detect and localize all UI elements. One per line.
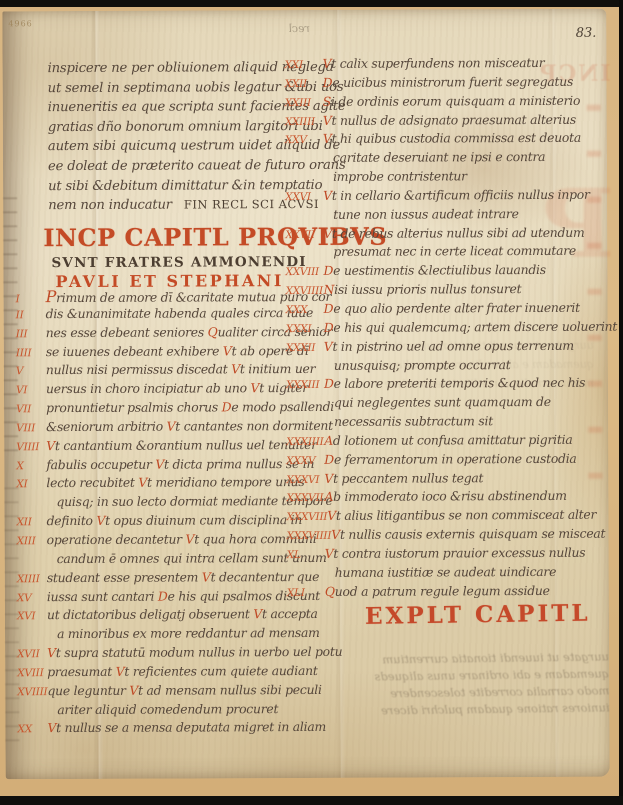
chapter-numeral: XIIII bbox=[17, 571, 47, 585]
chapter-numeral: XLI bbox=[287, 585, 325, 599]
chapter-row: XIIIoperatione decantetur Vt qua hora co… bbox=[17, 531, 319, 551]
chapter-numeral: XXV bbox=[285, 132, 323, 146]
chapter-text: Nisi iussu prioris nullus tonsuret bbox=[324, 281, 522, 297]
chapter-row: XIIIIstudeant esse presentem Vt decanten… bbox=[17, 569, 319, 589]
chapter-row: XVIIIpraesumat Vt reficientes cum quiete… bbox=[17, 663, 319, 683]
scan-border-right bbox=[619, 0, 623, 805]
chapter-numeral: III bbox=[16, 326, 46, 340]
chapter-row: XVIIIIque leguntur Vt ad mensam nullus s… bbox=[17, 682, 319, 702]
chapter-numeral bbox=[286, 367, 324, 369]
chapter-numeral bbox=[287, 575, 325, 577]
chapter-numeral: XXX bbox=[286, 302, 324, 316]
chapter-numeral: XXVIII bbox=[285, 264, 323, 278]
intro-line: gratias dño bonorum omnium largitori ubi bbox=[48, 119, 320, 140]
chapter-numeral: XVIIII bbox=[17, 684, 47, 698]
chapter-numeral: VII bbox=[16, 401, 46, 415]
chapter-text: praesumat Vt reficientes cum quiete audi… bbox=[47, 663, 317, 679]
chapter-text: Vt cantantium &orantium nullus uel tenui… bbox=[46, 437, 317, 453]
chapter-row: improbe contristentur bbox=[285, 168, 615, 188]
chapter-numeral: VI bbox=[16, 382, 46, 396]
chapter-numeral: VIII bbox=[16, 420, 46, 434]
incipit-subheading: SVNT FRATRES AMMONENDI bbox=[51, 254, 306, 271]
chapter-row: XXXIIIDe labore preteriti temporis &quod… bbox=[286, 375, 616, 395]
chapter-text: Vt nullis causis externis quisquam se mi… bbox=[331, 526, 605, 542]
chapter-numeral: I bbox=[16, 291, 46, 305]
chapter-numeral: XVI bbox=[17, 608, 47, 622]
chapter-numeral bbox=[17, 561, 47, 563]
chapter-numeral bbox=[285, 254, 323, 256]
chapter-text: De ferramentorum in operatione custodia bbox=[324, 451, 576, 467]
chapter-row: XIlecto recubitet Vt meridiano tempore u… bbox=[16, 474, 318, 494]
chapter-numeral bbox=[17, 636, 47, 638]
chapter-text: tune non iussus audeat intrare bbox=[323, 206, 519, 222]
intro-line: ut semel in septimana uobis legatur &ubi… bbox=[48, 80, 320, 101]
chapter-text: caritate deseruiant ne ipsi e contra bbox=[323, 149, 545, 165]
chapter-row: XXXVIIIIVt nullis causis externis quisqu… bbox=[287, 526, 617, 546]
chapter-numeral: V bbox=[16, 364, 46, 378]
chapter-text: De his qui qualemcumq; artem discere uol… bbox=[324, 318, 617, 334]
chapter-row: IPrimum de amore dī &caritate mutua puro… bbox=[16, 286, 318, 306]
chapter-numeral bbox=[16, 504, 46, 506]
chapter-text: Vt contra iustorum prauior excessus null… bbox=[325, 545, 586, 561]
chapter-numeral: XX bbox=[17, 722, 47, 736]
intro-paragraph: inspicere ne per obliuionem aliquid negl… bbox=[48, 60, 321, 218]
chapter-numeral: XXVIIII bbox=[286, 283, 324, 297]
chapter-text: Vt nullus se a mensa deputata migret in … bbox=[47, 719, 326, 735]
scan-border-bottom bbox=[0, 796, 623, 805]
chapter-text: definito Vt opus diuinum cum disciplina … bbox=[47, 512, 303, 528]
chapter-numeral: XXXII bbox=[286, 340, 324, 354]
chapter-numeral: XXXV bbox=[286, 453, 324, 467]
chapter-text: unusquisq; prompte occurrat bbox=[324, 357, 511, 373]
chapter-row: presumat nec in certe liceat commutare bbox=[285, 243, 615, 263]
chapter-text: studeant esse presentem Vt decantentur q… bbox=[47, 569, 319, 585]
chapter-text: Vt nullus de adsignato praesumat alteriu… bbox=[323, 111, 576, 127]
chapter-numeral: XXXVII bbox=[286, 490, 324, 504]
chapter-numeral: XL bbox=[287, 547, 325, 561]
chapter-numeral: II bbox=[16, 307, 46, 321]
intro-line: nem non inducaturFIN RECL SCI ACVSI bbox=[48, 197, 320, 218]
chapter-text: Vt de rebus alterius nullus sibi ad uten… bbox=[323, 224, 584, 240]
chapter-text: Vt supra statutū modum nullus in uerbo u… bbox=[47, 644, 342, 660]
chapter-text: necessariis subtractum sit bbox=[324, 413, 493, 429]
chapter-row: XXXVIIAb immoderato ioco &risu abstinend… bbox=[286, 488, 616, 508]
chapter-row: XXXIDe his qui qualemcumq; artem discere… bbox=[286, 318, 616, 338]
chapter-numeral bbox=[285, 217, 323, 219]
chapter-row: XXVt nullus se a mensa deputata migret i… bbox=[17, 719, 319, 739]
chapter-text: iussa sunt cantari De his qui psalmos di… bbox=[47, 587, 320, 603]
chapter-text: Ab immoderato ioco &risu abstinendum bbox=[324, 488, 566, 504]
chapter-numeral: XXI bbox=[285, 57, 323, 71]
chapter-text: Vt peccantem nullus tegat bbox=[324, 470, 483, 486]
chapter-text: Si de ordinis eorum quisquam a ministeri… bbox=[323, 92, 581, 108]
chapter-numeral: XXVI bbox=[285, 189, 323, 203]
chapter-row: XXIIIIVt nullus de adsignato praesumat a… bbox=[285, 111, 615, 131]
chapter-row: Xfabulis occupetur Vt dicta prima nullus… bbox=[16, 456, 318, 476]
chapter-numeral bbox=[17, 712, 47, 714]
chapter-numeral: XXII bbox=[285, 76, 323, 90]
chapter-numeral: XXXVI bbox=[286, 471, 324, 485]
chapter-row: ariter aliquid comedendum procuret bbox=[17, 701, 319, 721]
chapter-row: VIuersus in choro incipiatur ab uno Vt u… bbox=[16, 380, 318, 400]
chapter-row: XXIIDe uicibus ministrorum fuerit segreg… bbox=[285, 73, 615, 93]
chapter-text: ariter aliquid comedendum procuret bbox=[47, 701, 278, 717]
chapter-text: a minoribus ex more reddantur ad mensam bbox=[47, 625, 320, 641]
intro-line: inspicere ne per obliuionem aliquid negl… bbox=[48, 60, 320, 81]
chapter-text: qui neglegentes sunt quamquam de bbox=[324, 394, 551, 410]
chapter-row: XXXVIVt peccantem nullus tegat bbox=[286, 469, 616, 489]
chapter-row: VIIIIVt cantantium &orantium nullus uel … bbox=[16, 437, 318, 457]
chapter-row: XXVIIIINisi iussu prioris nullus tonsure… bbox=[286, 281, 616, 301]
chapter-row: qui neglegentes sunt quamquam de bbox=[286, 394, 616, 414]
verso-showthrough-text: uurgate ut iuuendi tionatia currentiumqu… bbox=[323, 649, 610, 721]
chapter-numeral: XXIIII bbox=[285, 113, 323, 127]
chapter-list-right: XXIVt calix superfundens non misceaturXX… bbox=[285, 55, 617, 603]
chapter-row: XXVIIIDe uestimentis &lectiulibus lauand… bbox=[285, 262, 615, 282]
chapter-row: caritate deseruiant ne ipsi e contra bbox=[285, 149, 615, 169]
chapter-numeral bbox=[286, 405, 324, 407]
chapter-row: XIIdefinito Vt opus diuinum cum discipli… bbox=[17, 512, 319, 532]
chapter-numeral: XXXVIIII bbox=[287, 528, 332, 542]
chapter-text: candum ē omnes qui intra cellam sunt unu… bbox=[47, 550, 327, 566]
chapter-numeral: XVII bbox=[17, 646, 47, 660]
chapter-row: XXIIISi de ordinis eorum quisquam a mini… bbox=[285, 92, 615, 112]
chapter-row: unusquisq; prompte occurrat bbox=[286, 356, 616, 376]
chapter-text: Vt in pistrino uel ad omne opus terrenum bbox=[324, 337, 574, 353]
chapter-row: IIIIse iuuenes debeant exhibere Vt ab op… bbox=[16, 342, 318, 362]
intro-line: ut sibi &debitum dimittatur &in temptati… bbox=[48, 177, 320, 198]
chapter-numeral: XV bbox=[17, 590, 47, 604]
chapter-text: operatione decantetur Vt qua hora commun… bbox=[47, 531, 317, 547]
chapter-row: Vnullus nisi permissus discedat Vt initi… bbox=[16, 361, 318, 381]
chapter-row: XViussa sunt cantari De his qui psalmos … bbox=[17, 587, 319, 607]
manuscript-scan: 4966 recl 83. INCP P uurgate ut iuuendi … bbox=[0, 0, 623, 805]
intro-line: autem sibi quicumq uestrum uidet aliquid… bbox=[48, 138, 320, 159]
chapter-numeral: XXXIII bbox=[286, 377, 324, 391]
chapter-numeral bbox=[285, 160, 323, 162]
verso-showthrough-line: iuniores ratione quadam pulchri dicere bbox=[324, 700, 610, 721]
chapter-numeral: XII bbox=[17, 514, 47, 528]
chapter-row: IIdis &unanimitate habenda quales circa … bbox=[16, 305, 318, 325]
chapter-text: De uicibus ministrorum fuerit segregatus bbox=[323, 74, 574, 90]
chapter-row: XVIIVt supra statutū modum nullus in uer… bbox=[17, 644, 319, 664]
chapter-text: De uestimentis &lectiulibus lauandis bbox=[323, 262, 545, 278]
chapter-row: XXVIIVt de rebus alterius nullus sibi ad… bbox=[285, 224, 615, 244]
chapter-text: Vt alius litigantibus se non commisceat … bbox=[327, 507, 596, 523]
chapter-row: a minoribus ex more reddantur ad mensam bbox=[17, 625, 319, 645]
chapter-row: humana iustitiæ se audeat uindicare bbox=[287, 563, 617, 583]
chapter-numeral: XI bbox=[16, 477, 46, 491]
chapter-numeral: XXXI bbox=[286, 321, 324, 335]
chapter-text: nullus nisi permissus discedat Vt initiu… bbox=[46, 361, 315, 377]
chapter-text: Quod a patrum regule legum assidue bbox=[325, 583, 550, 599]
explicit-heading: EXPLT CAPITL bbox=[365, 600, 591, 630]
chapter-numeral: XXVII bbox=[285, 227, 323, 241]
chapter-text: Vt in cellario &artificum officiis nullu… bbox=[323, 187, 590, 203]
chapter-row: tune non iussus audeat intrare bbox=[285, 205, 615, 225]
chapter-text: improbe contristentur bbox=[323, 168, 467, 184]
parchment-leaf: 4966 recl 83. INCP P uurgate ut iuuendi … bbox=[2, 9, 609, 780]
chapter-text: que leguntur Vt ad mensam nullus sibi pe… bbox=[47, 682, 321, 698]
folio-number: 83. bbox=[576, 26, 597, 41]
chapter-row: XXVVt hi quibus custodia commissa est de… bbox=[285, 130, 615, 150]
chapter-text: De quo alio perdente alter frater inuene… bbox=[324, 300, 580, 316]
chapter-text: ut dictatoribus deligatj obseruent Vt ac… bbox=[47, 606, 318, 622]
intro-line: inueneritis ea que scripta sunt faciente… bbox=[48, 99, 320, 120]
intro-line: ee doleat de præterito caueat de futuro … bbox=[48, 158, 320, 179]
chapter-numeral: XIII bbox=[17, 533, 47, 547]
chapter-numeral: X bbox=[16, 458, 46, 472]
chapter-row: XXXIIVt in pistrino uel ad omne opus ter… bbox=[286, 337, 616, 357]
chapter-text: se iuuenes debeant exhibere Vt ab opere … bbox=[46, 343, 309, 359]
shelfmark-stamp: 4966 bbox=[8, 19, 32, 28]
chapter-row: IIInes esse debeant seniores Qualiter ci… bbox=[16, 324, 318, 344]
chapter-numeral: IIII bbox=[16, 345, 46, 359]
chapter-text: humana iustitiæ se audeat uindicare bbox=[325, 564, 556, 580]
chapter-row: quisq; in suo lecto dormiat mediante tem… bbox=[16, 493, 318, 513]
chapter-text: Ad lotionem ut confusa amittatur pigriti… bbox=[324, 432, 572, 448]
chapter-row: XXXVIIIVt alius litigantibus se non comm… bbox=[286, 507, 616, 527]
chapter-row: XXXDe quo alio perdente alter frater inu… bbox=[286, 300, 616, 320]
chapter-row: XXVIVt in cellario &artificum officiis n… bbox=[285, 187, 615, 207]
chapter-text: presumat nec in certe liceat commutare bbox=[323, 243, 576, 259]
chapter-row: XXXVDe ferramentorum in operatione custo… bbox=[286, 450, 616, 470]
chapter-row: XXIVt calix superfundens non misceatur bbox=[285, 55, 615, 75]
chapter-text: lecto recubitet Vt meridiano tempore unu… bbox=[46, 474, 304, 490]
chapter-numeral bbox=[286, 424, 324, 426]
chapter-text: De labore preteriti temporis &quod nec h… bbox=[324, 375, 585, 391]
chapter-list-left: IPrimum de amore dī &caritate mutua puro… bbox=[16, 286, 320, 740]
chapter-row: XVIut dictatoribus deligatj obseruent Vt… bbox=[17, 606, 319, 626]
chapter-row: necessariis subtractum sit bbox=[286, 413, 616, 433]
chapter-text: dis &unanimitate habenda quales circa iu… bbox=[46, 305, 314, 321]
chapter-text: uersus in choro incipiatur ab uno Vt uig… bbox=[46, 380, 308, 396]
top-inscription: recl bbox=[288, 22, 311, 35]
chapter-numeral: VIIII bbox=[16, 439, 46, 453]
chapter-numeral bbox=[285, 179, 323, 181]
chapter-row: VIIpronuntietur psalmis chorus De modo p… bbox=[16, 399, 318, 419]
chapter-numeral: XXIII bbox=[285, 95, 323, 109]
chapter-text: Vt hi quibus custodia commissa est deuot… bbox=[323, 130, 581, 146]
chapter-text: fabulis occupetur Vt dicta prima nullus … bbox=[46, 456, 314, 472]
chapter-numeral: XVIII bbox=[17, 665, 47, 679]
chapter-row: XLVt contra iustorum prauior excessus nu… bbox=[287, 545, 617, 565]
chapter-row: candum ē omnes qui intra cellam sunt unu… bbox=[17, 550, 319, 570]
chapter-row: XXXIIIIAd lotionem ut confusa amittatur … bbox=[286, 432, 616, 452]
chapter-text: Vt calix superfundens non misceatur bbox=[323, 55, 545, 71]
chapter-row: VIII&seniorum arbitrio Vt cantantes non … bbox=[16, 418, 318, 438]
chapter-numeral: XXXIIII bbox=[286, 434, 324, 448]
chapter-numeral: XXXVIII bbox=[287, 509, 328, 523]
